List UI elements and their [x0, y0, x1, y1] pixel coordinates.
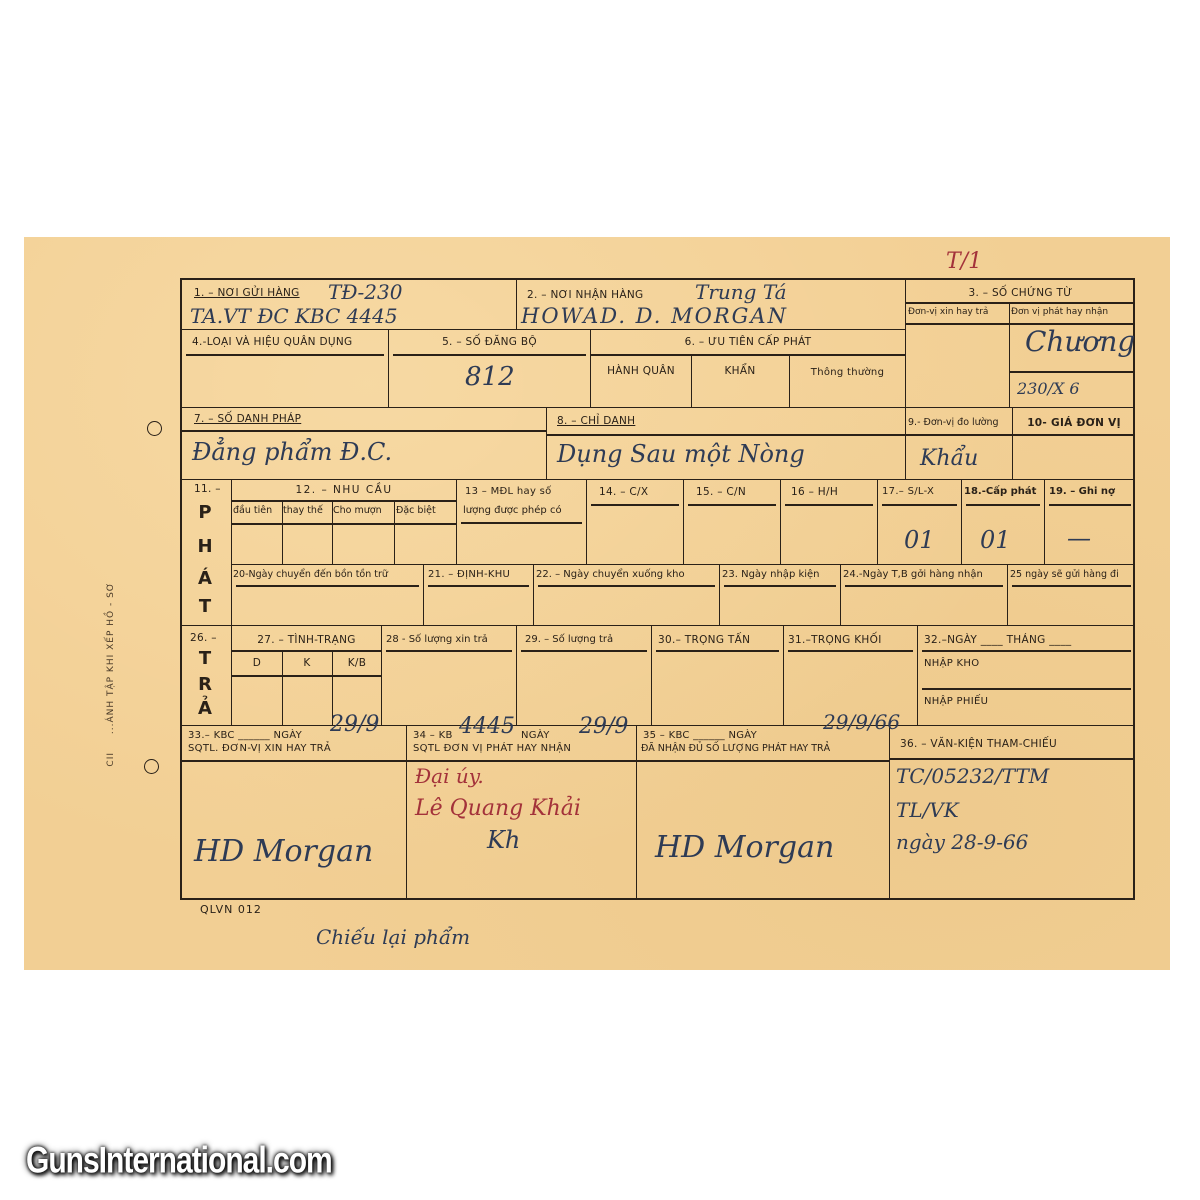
- field-18-issued: 18.-Cấp phát 01: [962, 480, 1045, 565]
- field-33-date: 29/9: [330, 712, 379, 737]
- field-7-value: Đẳng phẩm Đ.C.: [192, 438, 392, 466]
- field-35-date: 29/9/66: [823, 710, 900, 734]
- field-35-receipt: 35 – KBC ______ NGÀY 29/9/66 ĐÃ NHẬN ĐỦ …: [637, 726, 890, 900]
- field-3-value: 230/X 6: [1017, 379, 1080, 398]
- field-36-line2: TL/VK: [896, 798, 959, 822]
- watermark-logo: GunsInternational.com: [26, 1140, 332, 1183]
- phat-section-label: 11. – P H Á T: [182, 480, 232, 626]
- field-2-value: Trung Tá: [695, 280, 787, 304]
- field-35-signature: HD Morgan: [655, 830, 834, 865]
- field-18-value: 01: [980, 526, 1011, 554]
- field-3-document-number: 3. – SỐ CHỨNG TỪ Đơn-vị xin hay trả Đơn …: [906, 280, 1135, 408]
- field-9-unit-of-measure: 9.- Đơn-vị đo lường Khẩu: [906, 408, 1013, 480]
- field-2-value2: HOWAD. D. MORGAN: [521, 304, 788, 328]
- field-1-sender: 1. – NƠI GỬI HÀNG TĐ-230 TA.VT ĐC KBC 44…: [182, 280, 517, 330]
- field-2-receiver: 2. – NƠI NHẬN HÀNG Trung Tá HOWAD. D. MO…: [517, 280, 906, 330]
- field-34-kbc: 4445: [459, 714, 515, 739]
- field-36-line3: ngày 28-9-66: [896, 830, 1028, 854]
- margin-mark: CII: [106, 752, 116, 767]
- page-mark: T/1: [946, 249, 982, 274]
- field-12-need: 12. – NHU CẦU đầu tiên thay thế Cho mượn…: [232, 480, 457, 565]
- field-15-cn: 15. – C/N: [684, 480, 781, 565]
- field-7-nomenclature-number: 7. – SỐ DANH PHÁP Đẳng phẩm Đ.C.: [182, 408, 547, 480]
- field-5-registration: 5. – SỐ ĐĂNG BỘ 812: [389, 330, 591, 408]
- need-special[interactable]: Đặc biệt: [394, 501, 457, 565]
- footer-note: Chiếu lại phẩm: [316, 925, 470, 949]
- field-19-value: —: [1067, 524, 1091, 552]
- field-34-issuing-officer: 34 – KB 4445 NGÀY 29/9 SQTL ĐƠN VỊ PHÁT …: [407, 726, 637, 900]
- priority-option-operation[interactable]: HÀNH QUÂN: [591, 355, 692, 408]
- field-1-value: TĐ-230: [328, 280, 402, 304]
- field-30-tonnage: 30.– TRỌNG TẤN: [652, 626, 784, 726]
- field-34-rank: Đại úy.: [415, 764, 484, 788]
- field-1-value2: TA.VT ĐC KBC 4445: [190, 304, 398, 328]
- field-23: 23. Ngày nhập kiện: [720, 565, 841, 626]
- field-33-signature: HD Morgan: [194, 834, 373, 869]
- need-initial[interactable]: đầu tiên: [232, 501, 283, 565]
- field-19-debit: 19. – Ghi nợ —: [1045, 480, 1135, 565]
- field-28: 28 - Số lượng xin trả: [382, 626, 517, 726]
- field-3-signature: Chương: [1025, 325, 1135, 358]
- field-6-priority: 6. – ƯU TIÊN CẤP PHÁT HÀNH QUÂN KHẨN Thô…: [591, 330, 906, 408]
- field-22: 22. – Ngày chuyển xuống kho: [534, 565, 720, 626]
- punch-hole-top: [147, 421, 162, 436]
- need-replacement[interactable]: thay thế: [282, 501, 333, 565]
- field-8-designation: 8. – CHỈ DANH Dụng Sau một Nòng: [547, 408, 906, 480]
- field-14-cx: 14. – C/X: [587, 480, 684, 565]
- field-3-issuing-unit: Đơn vị phát hay nhận Chương 230/X 6: [1009, 303, 1135, 408]
- supply-form: 1. – NƠI GỬI HÀNG TĐ-230 TA.VT ĐC KBC 44…: [180, 278, 1135, 900]
- field-8-value: Dụng Sau một Nòng: [557, 440, 805, 468]
- field-33-requesting-officer: 33.– KBC ______ NGÀY 29/9 SQTL. ĐƠN-VỊ X…: [182, 726, 407, 900]
- margin-instruction: ...ÁNH TẬP KHI XẾP HỒ - SƠ: [106, 582, 116, 734]
- field-34-signature: Kh: [487, 826, 520, 854]
- field-34-date: 29/9: [579, 714, 628, 739]
- field-13-authorized-qty: 13 – MĐL hay số lượng được phép có: [457, 480, 587, 565]
- condition-k[interactable]: K: [282, 651, 333, 726]
- field-21-zone: 21. – ĐỊNH-KHU: [424, 565, 534, 626]
- field-34-name: Lê Quang Khải: [415, 796, 581, 821]
- field-20: 20-Ngày chuyển đến bồn tồn trữ: [232, 565, 424, 626]
- field-25: 25 ngày sẽ gửi hàng đi: [1008, 565, 1135, 626]
- field-10-unit-price: 10- GIÁ ĐƠN VỊ: [1013, 408, 1135, 480]
- form-code: QLVN 012: [200, 903, 262, 916]
- field-17-slx: 17.– S/L-X 01: [878, 480, 962, 565]
- field-17-value: 01: [904, 526, 935, 554]
- condition-d[interactable]: D: [232, 651, 283, 726]
- punch-hole-bottom: [144, 759, 159, 774]
- field-36-line1: TC/05232/TTM: [896, 764, 1049, 788]
- field-29: 29. – Số lượng trả: [517, 626, 652, 726]
- need-loan[interactable]: Cho mượn: [332, 501, 395, 565]
- field-16-hh: 16 – H/H: [781, 480, 878, 565]
- field-32-date: 32.–NGÀY ____ THÁNG ____ NHẬP KHO NHẬP P…: [918, 626, 1135, 726]
- field-5-value: 812: [465, 362, 515, 392]
- field-24: 24.-Ngày T,B gởi hàng nhận: [841, 565, 1008, 626]
- field-4-type: 4.-LOẠI VÀ HIỆU QUÂN DỤNG: [182, 330, 389, 408]
- priority-option-urgent[interactable]: KHẨN: [691, 355, 790, 408]
- tra-section-label: 26. – T R Ả: [182, 626, 232, 726]
- field-27-condition: 27. – TÌNH-TRẠNG D K K/B: [232, 626, 382, 726]
- field-3-requesting-unit: Đơn-vị xin hay trả: [906, 303, 1010, 408]
- field-9-value: Khẩu: [920, 446, 978, 471]
- field-36-reference: 36. – VĂN-KIỆN THAM-CHIẾU TC/05232/TTM T…: [890, 726, 1135, 900]
- priority-option-normal[interactable]: Thông thường: [789, 355, 906, 408]
